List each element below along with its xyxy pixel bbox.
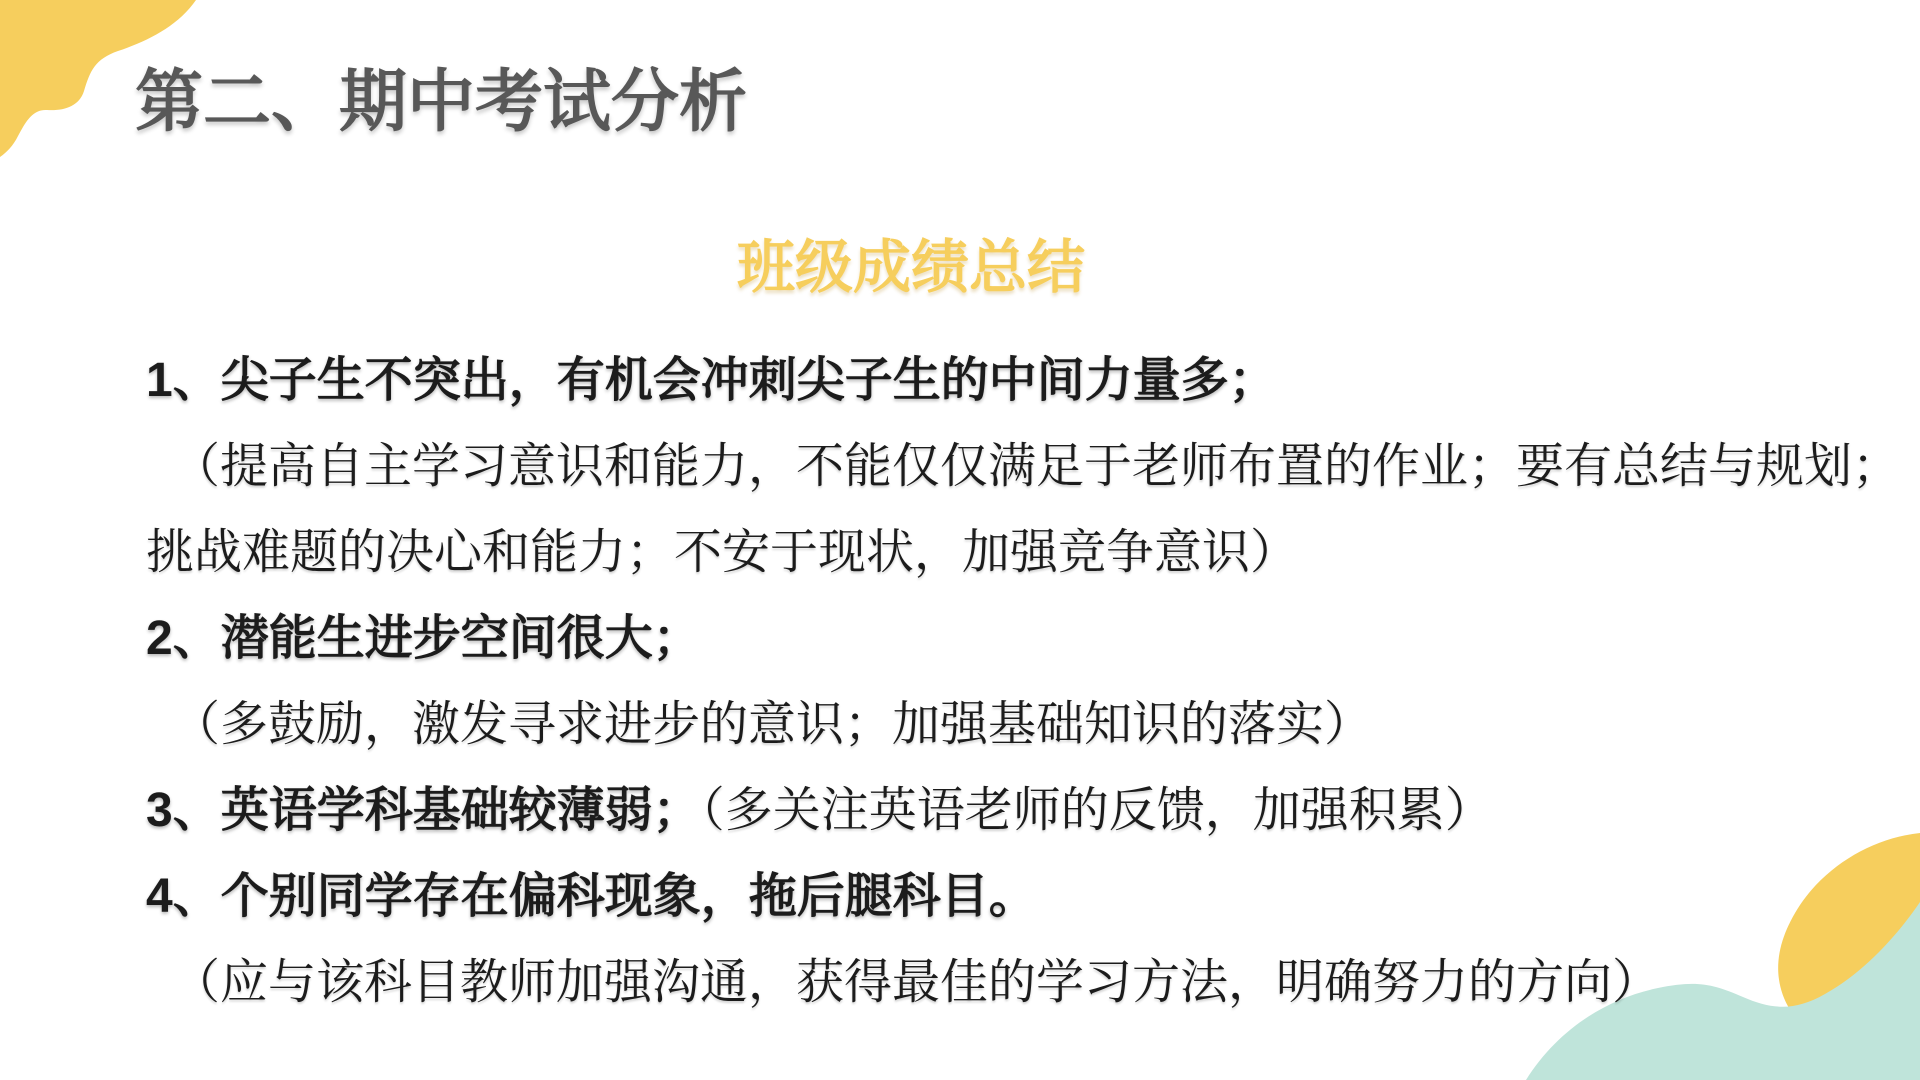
body-line: 挑战难题的决心和能力；不安于现状，加强竞争意识） bbox=[146, 510, 1876, 596]
body-line: 4、个别同学存在偏科现象，拖后腿科目。 bbox=[146, 854, 1876, 940]
body-line: 3、英语学科基础较薄弱；（多关注英语老师的反馈，加强积累） bbox=[146, 768, 1876, 854]
point-note-text: 挑战难题的决心和能力；不安于现状，加强竞争意识） bbox=[146, 526, 1298, 579]
point-heading-text: 3、英语学科基础较薄弱； bbox=[146, 784, 701, 837]
slide-body: 1、尖子生不突出，有机会冲刺尖子生的中间力量多；（提高自主学习意识和能力，不能仅… bbox=[146, 338, 1876, 1026]
subtitle-container: 班级成绩总结 bbox=[0, 234, 1822, 302]
body-line: （提高自主学习意识和能力，不能仅仅满足于老师布置的作业；要有总结与规划； bbox=[146, 424, 1876, 510]
point-note-text: （多鼓励，激发寻求进步的意识；加强基础知识的落实） bbox=[172, 698, 1372, 751]
point-heading-text: 4、个别同学存在偏科现象，拖后腿科目。 bbox=[146, 870, 1037, 923]
presentation-slide: 第二、期中考试分析 班级成绩总结 1、尖子生不突出，有机会冲刺尖子生的中间力量多… bbox=[0, 0, 1920, 1080]
body-line: （多鼓励，激发寻求进步的意识；加强基础知识的落实） bbox=[146, 682, 1876, 768]
slide-title: 第二、期中考试分析 bbox=[135, 62, 747, 142]
body-line: 1、尖子生不突出，有机会冲刺尖子生的中间力量多； bbox=[146, 338, 1876, 424]
point-note-text: （多关注英语老师的反馈，加强积累） bbox=[701, 784, 1493, 837]
point-note-text: （应与该科目教师加强沟通，获得最佳的学习方法，明确努力的方向） bbox=[172, 956, 1660, 1009]
body-line: （应与该科目教师加强沟通，获得最佳的学习方法，明确努力的方向） bbox=[146, 940, 1876, 1026]
section-subtitle: 班级成绩总结 bbox=[737, 234, 1085, 302]
point-heading-text: 2、潜能生进步空间很大； bbox=[146, 612, 701, 665]
body-line: 2、潜能生进步空间很大； bbox=[146, 596, 1876, 682]
point-note-text: （提高自主学习意识和能力，不能仅仅满足于老师布置的作业；要有总结与规划； bbox=[172, 440, 1900, 493]
point-heading-text: 1、尖子生不突出，有机会冲刺尖子生的中间力量多； bbox=[146, 354, 1277, 407]
